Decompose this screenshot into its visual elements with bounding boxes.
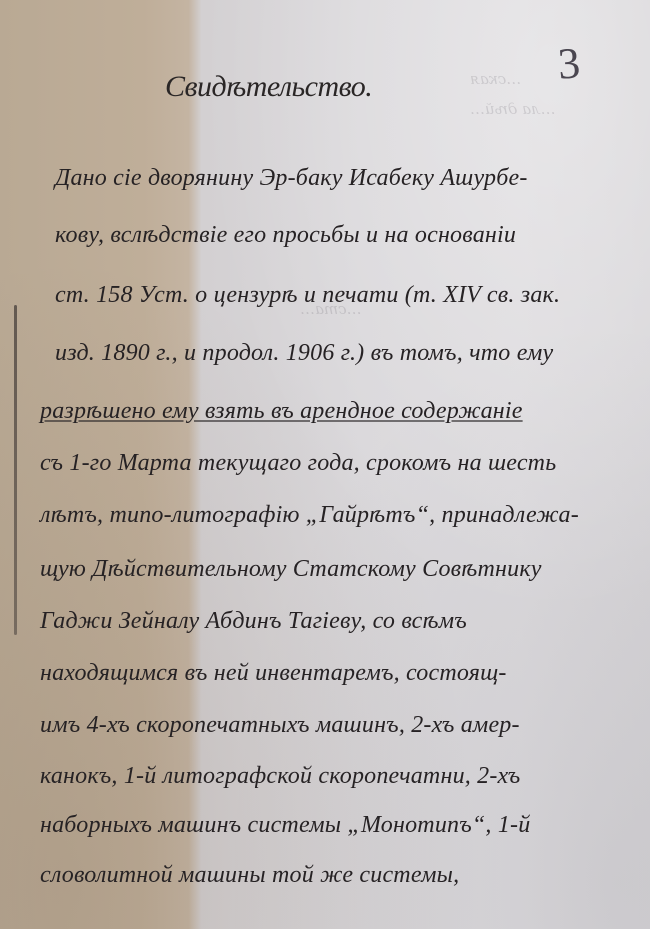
- text-line-13: наборныхъ машинъ системы „Монотипъ“, 1-й: [40, 812, 640, 839]
- text-line-6: съ 1-го Марта текущаго года, срокомъ на …: [40, 450, 640, 477]
- text-line-8: щую Дѣйствительному Статскому Совѣтнику: [40, 556, 640, 583]
- text-line-5: разрѣшено ему взять въ арендное содержан…: [40, 398, 640, 425]
- bleed-through-text: …ла дѣй…: [470, 100, 556, 118]
- text-line-10: находящимся въ ней инвентаремъ, состоящ-: [40, 660, 640, 687]
- bleed-through-text: …ская: [470, 70, 521, 88]
- document-title: Свидѣтельство.: [165, 70, 372, 104]
- text-line-3: ст. 158 Уст. о цензурѣ и печати (т. XIV …: [55, 282, 650, 309]
- page-number: 3: [556, 37, 582, 89]
- text-line-1: Дано сiе дворянину Эр-баку Исабеку Ашурб…: [55, 165, 650, 192]
- text-line-9: Гаджи Зейналу Абдинъ Тагiеву, со всѣмъ: [40, 608, 640, 635]
- text-line-11: имъ 4-хъ скоропечатныхъ машинъ, 2-хъ аме…: [40, 712, 640, 739]
- text-line-4: изд. 1890 г., и продол. 1906 г.) въ томъ…: [55, 340, 650, 367]
- text-line-14: словолитной машины той же системы,: [40, 862, 640, 889]
- text-line-12: канокъ, 1-й литографской скоропечатни, 2…: [40, 763, 640, 790]
- text-line-7: лѣтъ, типо-литографiю „Гайрѣтъ“, принадл…: [40, 502, 640, 529]
- text-line-2: кову, вслѣдствiе его просьбы и на основа…: [55, 222, 650, 249]
- margin-line: [14, 305, 17, 635]
- document-photo: …ская …ла дѣй… …ста… 3 Свидѣтельство. Да…: [0, 0, 650, 929]
